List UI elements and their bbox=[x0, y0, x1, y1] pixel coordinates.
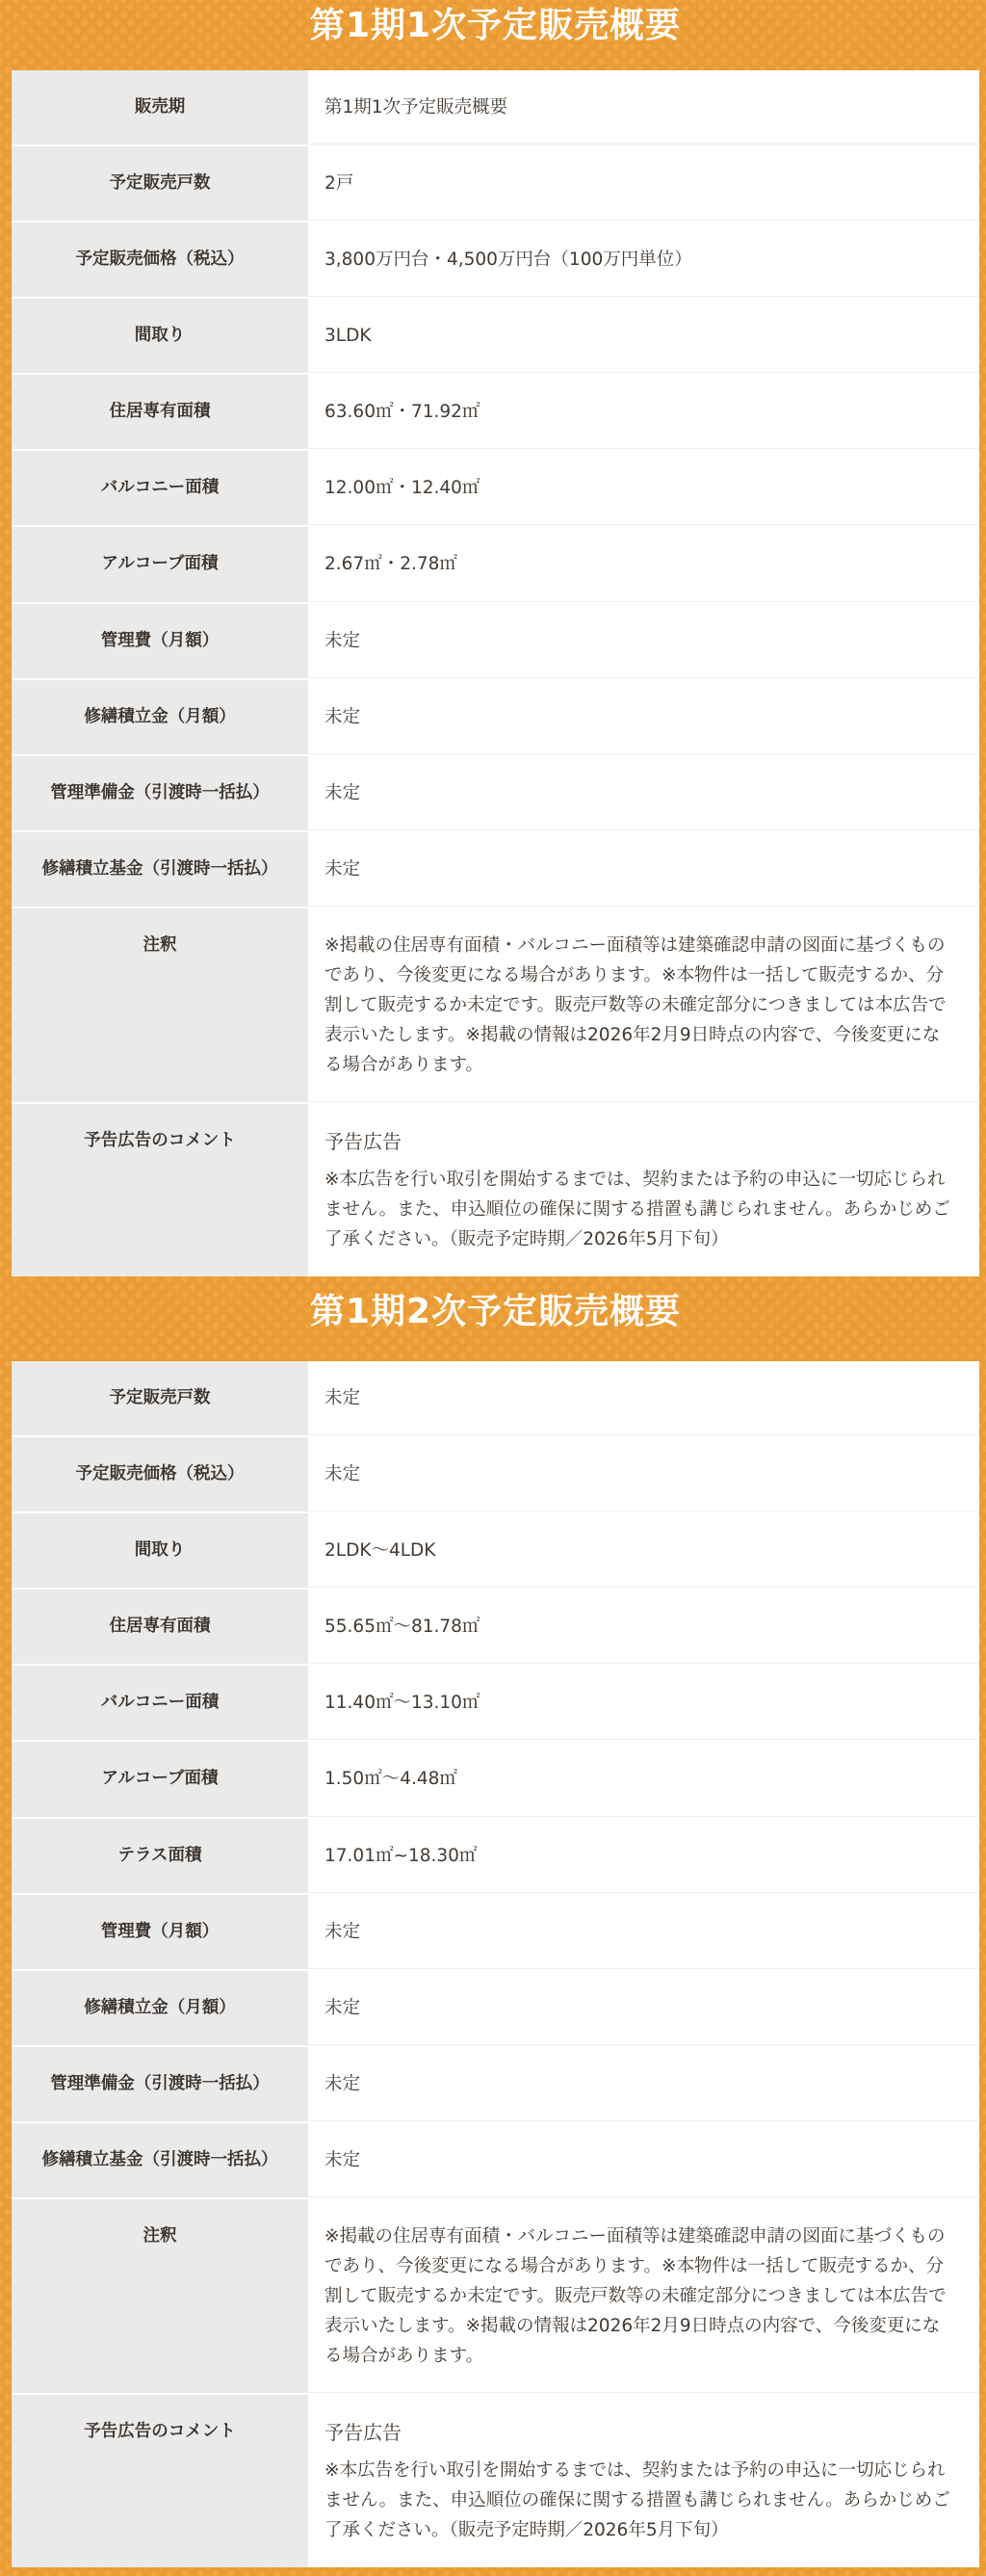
table-row: 修繕積立基金（引渡時一括払） 未定 bbox=[12, 832, 979, 908]
row-label: 住居専有面積 bbox=[12, 375, 308, 449]
row-label: バルコニー面積 bbox=[12, 451, 308, 525]
row-label: 管理準備金（引渡時一括払） bbox=[12, 2047, 308, 2121]
row-value: 3,800万円台・4,500万円台（100万円単位） bbox=[308, 223, 979, 297]
row-value: 17.01㎡~18.30㎡ bbox=[308, 1819, 979, 1893]
sales-overview-table-2: 予定販売戸数 未定 予定販売価格（税込） 未定 間取り 2LDK～4LDK 住居… bbox=[12, 1361, 979, 2567]
row-value: 第1期1次予定販売概要 bbox=[308, 70, 979, 145]
row-label: 予告広告のコメント bbox=[12, 1104, 308, 1276]
row-value: 未定 bbox=[308, 832, 979, 907]
table-row: バルコニー面積 11.40㎡～13.10㎡ bbox=[12, 1666, 979, 1742]
sales-overview-table-1: 販売期 第1期1次予定販売概要 予定販売戸数 2戸 予定販売価格（税込） 3,8… bbox=[12, 70, 979, 1276]
row-value: ※掲載の住居専有面積・バルコニー面積等は建築確認申請の図面に基づくものであり、今… bbox=[308, 908, 979, 1102]
row-label: 管理費（月額） bbox=[12, 604, 308, 678]
row-label: テラス面積 bbox=[12, 1819, 308, 1893]
row-label: 間取り bbox=[12, 1513, 308, 1588]
table-row: 管理準備金（引渡時一括払） 未定 bbox=[12, 2047, 979, 2123]
row-label: 注釈 bbox=[12, 2199, 308, 2393]
preview-ad-text: ※本広告を行い取引を開始するまでは、契約または予約の申込に一切応じられません。ま… bbox=[324, 1165, 956, 1254]
row-label: 販売期 bbox=[12, 70, 308, 145]
table-row: 住居専有面積 55.65㎡～81.78㎡ bbox=[12, 1590, 979, 1666]
row-value: 未定 bbox=[308, 1895, 979, 1969]
preview-ad-heading: 予告広告 bbox=[324, 1126, 956, 1159]
row-value: 1.50㎡～4.48㎡ bbox=[308, 1742, 979, 1816]
row-value: ※掲載の住居専有面積・バルコニー面積等は建築確認申請の図面に基づくものであり、今… bbox=[308, 2199, 979, 2393]
section-phase1-2: 第1期2次予定販売概要 予定販売戸数 未定 予定販売価格（税込） 未定 間取り … bbox=[12, 1276, 979, 2567]
row-value: 12.00㎡・12.40㎡ bbox=[308, 451, 979, 525]
preview-ad-text: ※本広告を行い取引を開始するまでは、契約または予約の申込に一切応じられません。ま… bbox=[324, 2456, 956, 2545]
row-value: 55.65㎡～81.78㎡ bbox=[308, 1590, 979, 1664]
table-row: 予定販売戸数 未定 bbox=[12, 1361, 979, 1437]
row-label: 管理費（月額） bbox=[12, 1895, 308, 1969]
table-row-preview-ad-comment: 予告広告のコメント 予告広告 ※本広告を行い取引を開始するまでは、契約または予約… bbox=[12, 2395, 979, 2567]
row-value: 2戸 bbox=[308, 146, 979, 221]
row-label: 修繕積立金（月額） bbox=[12, 1971, 308, 2045]
row-value: 未定 bbox=[308, 680, 979, 754]
table-row: 管理費（月額） 未定 bbox=[12, 1895, 979, 1971]
row-label: 予定販売価格（税込） bbox=[12, 1437, 308, 1511]
row-value: 未定 bbox=[308, 2123, 979, 2197]
row-label: 修繕積立基金（引渡時一括払） bbox=[12, 832, 308, 907]
section-phase1-1: 第1期1次予定販売概要 販売期 第1期1次予定販売概要 予定販売戸数 2戸 予定… bbox=[12, 0, 979, 1276]
row-label: アルコーブ面積 bbox=[12, 1742, 308, 1816]
table-row: 管理費（月額） 未定 bbox=[12, 604, 979, 680]
section-title: 第1期2次予定販売概要 bbox=[12, 1276, 979, 1361]
row-value: 2.67㎡・2.78㎡ bbox=[308, 527, 979, 601]
section-title: 第1期1次予定販売概要 bbox=[12, 0, 979, 70]
row-value: 未定 bbox=[308, 756, 979, 830]
table-row-notes: 注釈 ※掲載の住居専有面積・バルコニー面積等は建築確認申請の図面に基づくものであ… bbox=[12, 2199, 979, 2395]
row-label: 予定販売戸数 bbox=[12, 146, 308, 221]
table-row: 管理準備金（引渡時一括払） 未定 bbox=[12, 756, 979, 832]
table-row: バルコニー面積 12.00㎡・12.40㎡ bbox=[12, 451, 979, 527]
table-row: 住居専有面積 63.60㎡・71.92㎡ bbox=[12, 375, 979, 451]
preview-ad-heading: 予告広告 bbox=[324, 2417, 956, 2450]
row-value: 未定 bbox=[308, 1437, 979, 1511]
page: 第1期1次予定販売概要 販売期 第1期1次予定販売概要 予定販売戸数 2戸 予定… bbox=[0, 0, 986, 2576]
row-value: 63.60㎡・71.92㎡ bbox=[308, 375, 979, 449]
row-label: 間取り bbox=[12, 299, 308, 373]
row-value: 11.40㎡～13.10㎡ bbox=[308, 1666, 979, 1740]
row-value: 2LDK～4LDK bbox=[308, 1513, 979, 1588]
table-row: 予定販売価格（税込） 未定 bbox=[12, 1437, 979, 1513]
table-row-preview-ad-comment: 予告広告のコメント 予告広告 ※本広告を行い取引を開始するまでは、契約または予約… bbox=[12, 1104, 979, 1276]
row-label: 修繕積立基金（引渡時一括払） bbox=[12, 2123, 308, 2197]
row-value: 予告広告 ※本広告を行い取引を開始するまでは、契約または予約の申込に一切応じられ… bbox=[308, 1104, 979, 1276]
row-value: 未定 bbox=[308, 1361, 979, 1435]
table-row: アルコーブ面積 2.67㎡・2.78㎡ bbox=[12, 527, 979, 603]
table-row: 予定販売価格（税込） 3,800万円台・4,500万円台（100万円単位） bbox=[12, 223, 979, 299]
row-label: 注釈 bbox=[12, 908, 308, 1102]
table-row: 修繕積立金（月額） 未定 bbox=[12, 1971, 979, 2047]
table-row: テラス面積 17.01㎡~18.30㎡ bbox=[12, 1819, 979, 1895]
row-label: 修繕積立金（月額） bbox=[12, 680, 308, 754]
row-label: アルコーブ面積 bbox=[12, 527, 308, 601]
row-value: 未定 bbox=[308, 604, 979, 678]
row-label: バルコニー面積 bbox=[12, 1666, 308, 1740]
row-label: 予告広告のコメント bbox=[12, 2395, 308, 2567]
row-value: 未定 bbox=[308, 1971, 979, 2045]
row-value: 未定 bbox=[308, 2047, 979, 2121]
table-row: 間取り 2LDK～4LDK bbox=[12, 1513, 979, 1590]
table-row: 修繕積立金（月額） 未定 bbox=[12, 680, 979, 756]
table-row-notes: 注釈 ※掲載の住居専有面積・バルコニー面積等は建築確認申請の図面に基づくものであ… bbox=[12, 908, 979, 1104]
row-label: 予定販売価格（税込） bbox=[12, 223, 308, 297]
table-row: 予定販売戸数 2戸 bbox=[12, 146, 979, 223]
row-value: 予告広告 ※本広告を行い取引を開始するまでは、契約または予約の申込に一切応じられ… bbox=[308, 2395, 979, 2567]
row-label: 住居専有面積 bbox=[12, 1590, 308, 1664]
table-row: 販売期 第1期1次予定販売概要 bbox=[12, 70, 979, 146]
row-label: 予定販売戸数 bbox=[12, 1361, 308, 1435]
table-row: アルコーブ面積 1.50㎡～4.48㎡ bbox=[12, 1742, 979, 1818]
table-row: 間取り 3LDK bbox=[12, 299, 979, 375]
table-row: 修繕積立基金（引渡時一括払） 未定 bbox=[12, 2123, 979, 2199]
row-value: 3LDK bbox=[308, 299, 979, 373]
row-label: 管理準備金（引渡時一括払） bbox=[12, 756, 308, 830]
